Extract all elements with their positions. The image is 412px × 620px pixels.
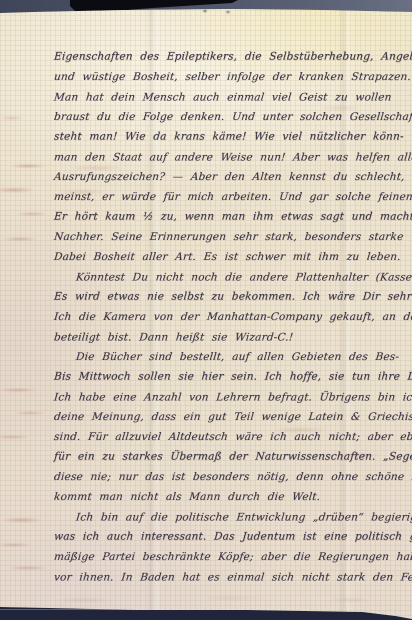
handwriting-line: meinst, er würde für mich arbeiten. Und …	[53, 187, 412, 207]
handwriting-line: Ich bin auf die politische Entwicklung „…	[53, 508, 412, 528]
handwriting-line: Es wird etwas nie selbst zu bekommen. Ic…	[53, 287, 412, 307]
handwriting-line: Ich die Kamera von der Manhattan-Company…	[53, 307, 412, 327]
handwriting-line: mäßige Partei beschränkte Köpfe; aber di…	[53, 547, 412, 567]
handwriting-line: deine Meinung, dass ein gut Teil wenige …	[53, 407, 412, 427]
handwriting-line: braust du die Folge denken. Und unter so…	[53, 107, 412, 127]
handwriting-line: für ein zu starkes Übermaß der Naturwiss…	[53, 447, 412, 467]
handwriting-line: sind. Für allzuviel Altdeutsch wäre ich …	[53, 427, 412, 447]
handwriting-line: Die Bücher sind bestellt, auf allen Gebi…	[53, 347, 412, 367]
handwriting-line: vor ihnen. In Baden hat es einmal sich n…	[53, 568, 412, 588]
handwriting-line: Eigenschaften des Epileptikers, die Selb…	[53, 47, 412, 67]
photo-frame: Eigenschaften des Epileptikers, die Selb…	[0, 0, 412, 620]
handwriting-line: steht man! Wie da krans käme! Wie viel n…	[53, 127, 412, 147]
handwriting-line: beteiligt bist. Dann heißt sie Wizard-C.…	[53, 328, 412, 348]
letter-page: Eigenschaften des Epileptikers, die Selb…	[0, 0, 412, 620]
handwriting-line: Könntest Du nicht noch die andere Platte…	[53, 268, 412, 288]
handwriting-line: Man hat dein Mensch auch einmal viel Gei…	[53, 88, 412, 108]
handwriting-line: Ich habe eine Anzahl von Lehrern befragt…	[53, 388, 412, 408]
handwriting: Eigenschaften des Epileptikers, die Selb…	[54, 47, 412, 587]
handwriting-line: und wüstige Bosheit, selber infolge der …	[53, 67, 412, 87]
handwriting-line: Dabei Bosheit aller Art. Es ist schwer m…	[53, 247, 412, 267]
handwriting-line: Nachher. Seine Erinnerungen sehr stark, …	[53, 227, 412, 247]
handwriting-line: Er hört kaum ½ zu, wenn man ihm etwas sa…	[53, 207, 412, 227]
handwriting-line: man den Staat auf andere Weise nun! Aber…	[53, 148, 412, 168]
handwriting-line: Bis Mittwoch sollen sie hier sein. Ich h…	[53, 367, 412, 387]
handwriting-line: Ausrufungszeichen? — Aber den Alten kenn…	[53, 167, 412, 187]
handwriting-line: was ich auch interessant. Das Judentum i…	[53, 527, 412, 547]
handwriting-line: diese nie; nur das ist besonders nötig, …	[53, 467, 412, 487]
handwriting-line: kommt man nicht als Mann durch die Welt.	[53, 487, 412, 507]
